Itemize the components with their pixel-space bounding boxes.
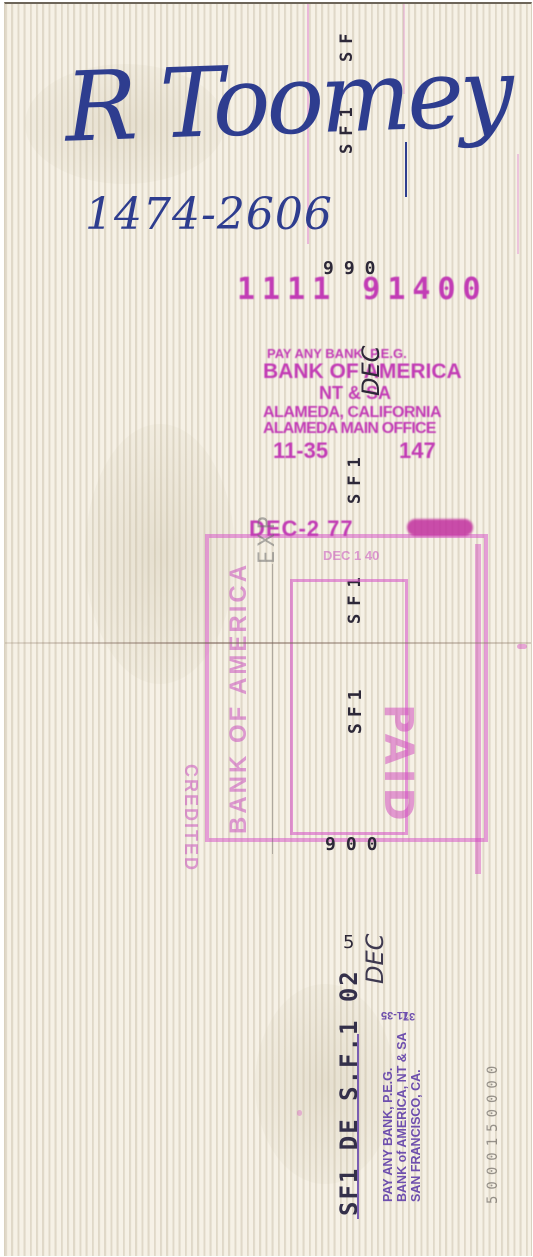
routing-number-blurred: 1111 91400 <box>237 272 488 307</box>
paper-stain <box>255 984 395 1184</box>
stamp-line-office: ALAMEDA MAIN OFFICE <box>263 420 436 438</box>
check-back: R Toomey 1474-2606 SF1 SF 990 1111 91400… <box>4 2 532 1256</box>
stamp-line-pay-any-bank: PAY ANY BANK, P.E.G. <box>267 346 407 361</box>
paid-stamp-label: PAID <box>375 704 421 825</box>
purple-stamp-line3: SAN FRANCISCO, CA. <box>409 1069 423 1202</box>
purple-stamp-line2: BANK of AMERICA, NT & SA <box>395 1032 409 1202</box>
endorsement-underline <box>357 1034 359 1219</box>
sf1-code-top-2: SF <box>337 26 357 62</box>
purple-stamp-line1: PAY ANY BANK, P.E.G. <box>381 1068 395 1202</box>
handwritten-signature: R Toomey <box>63 36 512 163</box>
stamp-code-left: 11-35 <box>273 438 328 464</box>
faded-stamp-side-text: CREDITED <box>180 764 201 872</box>
date-day-lower: 5 <box>343 932 354 953</box>
stamp-code-right: 147 <box>399 438 436 464</box>
stamp-small-code: DEC 1 40 <box>323 548 379 563</box>
ink-speck <box>517 644 527 649</box>
stamp-bar-blurred <box>407 519 473 536</box>
stamp-guide-line <box>517 154 519 254</box>
signature-flourish <box>397 142 407 197</box>
exp-stamp: EXP <box>255 512 280 564</box>
ink-speck <box>297 1110 302 1116</box>
date-month-lower: DEC <box>361 934 389 984</box>
date-month-upper: DEC <box>357 346 385 396</box>
sequence-number-lower: 900 <box>325 834 388 855</box>
dot-matrix-number: 5000150000 <box>485 1060 501 1204</box>
sf1-code-top: SF1 <box>337 99 357 154</box>
sf1-code-middle-1: SF1 <box>345 449 365 504</box>
gray-stamp-ruling <box>272 564 273 854</box>
purple-stamp-code-right: 37 <box>403 1010 415 1022</box>
paper-fold-crease <box>5 642 531 644</box>
handwritten-phone-number: 1474-2606 <box>85 189 333 240</box>
paid-stamp-edge <box>475 544 481 874</box>
faded-stamp-bank: BANK OF AMERICA <box>225 562 253 834</box>
